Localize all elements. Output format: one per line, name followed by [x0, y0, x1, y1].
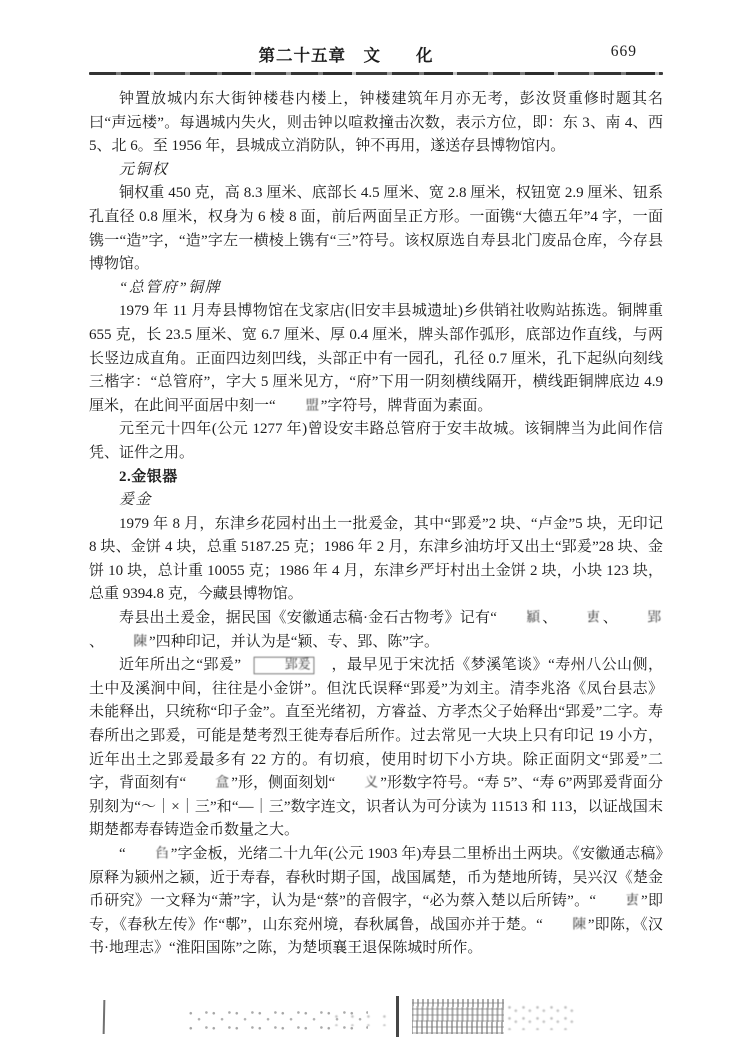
- seal-script-glyph: 陳: [545, 915, 586, 937]
- section-heading: 元铜权: [89, 159, 663, 183]
- scan-noise-smudge: [412, 999, 504, 1034]
- page-number: 669: [611, 43, 637, 61]
- paragraph: 1979 年 11 月寿县博物馆在戈家店(旧安丰县城遗址)乡供销社收购站拣选。铜…: [89, 300, 663, 418]
- paragraph: 寿县出土爰金，据民国《安徽通志稿·金石古物考》记有“顈、叀、郢、陳”四种印记，并…: [89, 607, 663, 654]
- paragraph: 元至元十四年(公元 1277 年)曾设安丰路总管府于安丰故城。该铜牌当为此间作信…: [89, 418, 663, 465]
- page-header: 第二十五章 文 化 669: [89, 42, 663, 66]
- section-heading: “总管府”铜牌: [89, 277, 663, 301]
- chapter-title: 第二十五章 文 化: [59, 42, 633, 66]
- paragraph: 铜权重 450 克，高 8.3 厘米、底部长 4.5 厘米、宽 2.8 厘米，权…: [89, 182, 663, 276]
- seal-script-glyph: 盒: [188, 773, 229, 795]
- scan-noise-speckle: [506, 1003, 578, 1030]
- seal-script-glyph: 郢爰: [254, 657, 315, 674]
- paragraph: 近年所出之“郢爰”郢爰，最早见于宋沈括《梦溪笔谈》“寿州八公山侧，土中及溪涧中间…: [89, 654, 663, 843]
- scan-noise-line: [396, 996, 399, 1037]
- paragraph: 1979 年 8 月，东津乡花园村出土一批爰金，其中“郢爰”2 块、“卢金”5 …: [89, 513, 663, 607]
- header-divider: [89, 72, 663, 75]
- seal-script-glyph: 陳: [106, 632, 147, 654]
- section-heading: 爰金: [89, 489, 663, 513]
- book-page: 第二十五章 文 化 669 钟置放城内东大街钟楼巷内楼上，钟楼建筑年月亦无考，彭…: [0, 0, 747, 1046]
- scan-noise-line: [103, 1000, 106, 1034]
- paragraph: 钟置放城内东大街钟楼巷内楼上，钟楼建筑年月亦无考，彭汝贤重修时题其名曰“声远楼”…: [89, 88, 663, 159]
- seal-script-glyph: 臽: [127, 844, 168, 866]
- paragraph: “臽”字金板，光绪二十九年(公元 1903 年)寿县二里桥出土两块。《安徽通志稿…: [89, 843, 663, 961]
- body-text: 钟置放城内东大街钟楼巷内楼上，钟楼建筑年月亦无考，彭汝贤重修时题其名曰“声远楼”…: [89, 88, 663, 961]
- page-content: 第二十五章 文 化 669 钟置放城内东大街钟楼巷内楼上，钟楼建筑年月亦无考，彭…: [89, 42, 663, 961]
- seal-script-glyph: 盟: [277, 396, 318, 418]
- seal-script-glyph: 义: [337, 773, 378, 795]
- scan-noise-speckle: [330, 1012, 390, 1026]
- seal-script-glyph: 郢: [620, 608, 661, 630]
- seal-script-glyph: 叀: [598, 891, 639, 913]
- section-heading: 2.金银器: [89, 466, 663, 490]
- scan-noise-speckle: [188, 1008, 368, 1030]
- seal-script-glyph: 叀: [559, 608, 600, 630]
- seal-script-glyph: 顈: [499, 608, 540, 630]
